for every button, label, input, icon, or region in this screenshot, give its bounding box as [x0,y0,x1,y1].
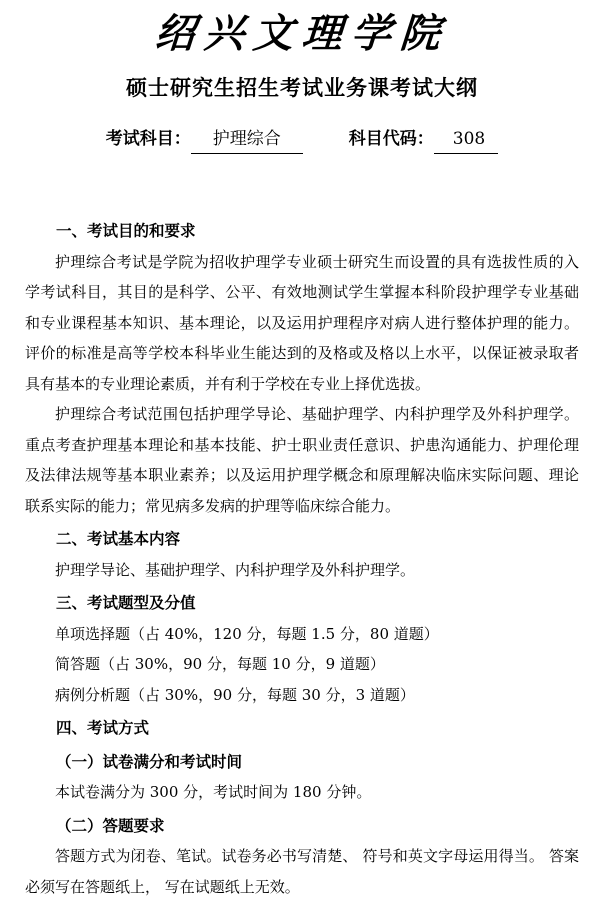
section-1-paragraph-2: 护理综合考试范围包括护理学导论、基础护理学、内科护理学及外科护理学。重点考查护理… [25,399,579,521]
section-3-heading: 三、考试题型及分值 [25,588,579,619]
subject-code-line: 考试科目：护理综合科目代码：308 [25,126,579,154]
section-3-item-2: 简答题（占 30%，90 分，每题 10 分，9 道题） [25,649,579,680]
section-2-heading: 二、考试基本内容 [25,524,579,555]
section-1-heading: 一、考试目的和要求 [25,216,579,247]
section-3-item-3: 病例分析题（占 30%，90 分，每题 30 分，3 道题） [25,680,579,711]
section-4-subsection-1-paragraph: 本试卷满分为 300 分，考试时间为 180 分钟。 [25,777,579,808]
document-body: 一、考试目的和要求 护理综合考试是学院为招收护理学专业硕士研究生而设置的具有选拔… [25,216,579,897]
section-2-paragraph-1: 护理学导论、基础护理学、内科护理学及外科护理学。 [25,555,579,586]
document-page: 绍兴文理学院 硕士研究生招生考试业务课考试大纲 考试科目：护理综合科目代码：30… [0,0,604,897]
section-4-subsection-2-paragraph: 答题方式为闭卷、笔试。试卷务必书写清楚、 符号和英文字母运用得当。 答案必须写在… [25,841,579,897]
section-4-heading: 四、考试方式 [25,713,579,744]
section-4-subsection-1-heading: （一）试卷满分和考试时间 [25,747,579,778]
section-4-subsection-2-heading: （二）答题要求 [25,811,579,842]
university-logo: 绍兴文理学院 [23,10,580,58]
exam-subject-value: 护理综合 [191,126,303,154]
document-title: 硕士研究生招生考试业务课考试大纲 [25,74,579,102]
subject-code-value: 308 [434,126,498,154]
section-1-paragraph-1: 护理综合考试是学院为招收护理学专业硕士研究生而设置的具有选拔性质的入学考试科目，… [25,247,579,400]
exam-subject-label: 考试科目： [106,129,191,149]
section-3-item-1: 单项选择题（占 40%，120 分，每题 1.5 分，80 道题） [25,619,579,650]
subject-code-label: 科目代码： [349,129,434,149]
